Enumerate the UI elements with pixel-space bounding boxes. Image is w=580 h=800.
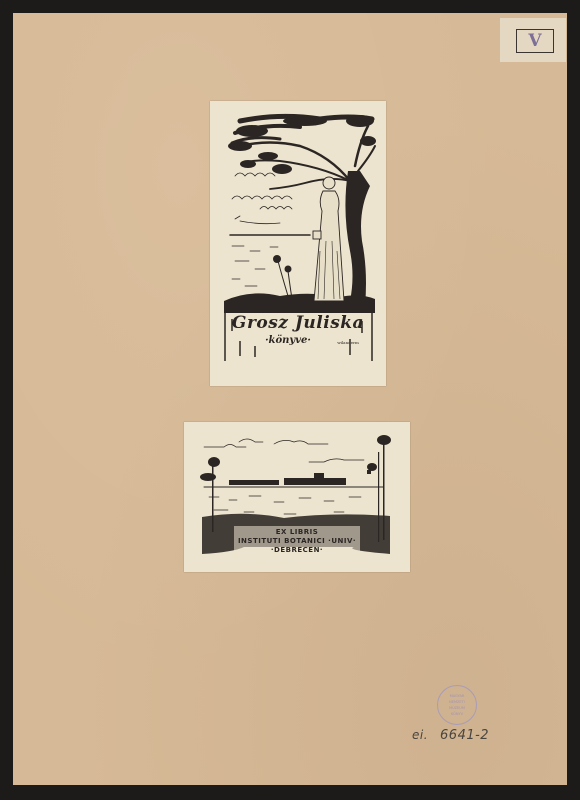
artist-signature: wilanderm bbox=[328, 340, 368, 345]
library-stamp: MAGYAR NEMZETI MÚZEUM KÖNYV bbox=[437, 685, 477, 725]
inventory-number: ei.6641-2 bbox=[412, 728, 489, 743]
shelf-mark-label: V bbox=[500, 18, 566, 62]
city-line: ·DEBRECEN· bbox=[234, 546, 360, 555]
inventory-prefix: ei. bbox=[412, 728, 428, 742]
inventory-value: 6641-2 bbox=[440, 728, 489, 743]
institution-line: INSTITUTI BOTANICI ·UNIV· bbox=[234, 537, 360, 546]
owner-subtitle: ·könyve· bbox=[258, 335, 318, 346]
bookplate-instituti-botanici: EX LIBRIS INSTITUTI BOTANICI ·UNIV· ·DEB… bbox=[184, 422, 410, 572]
ex-libris-line: EX LIBRIS bbox=[234, 528, 360, 537]
owner-name: Grosz Juliska bbox=[228, 313, 368, 333]
bookplate-grosz-juliska: Grosz Juliska ·könyve· wilanderm bbox=[210, 101, 386, 386]
shelf-mark-frame: V bbox=[516, 29, 554, 53]
stamp-line: KÖNYV bbox=[438, 711, 476, 717]
shelf-mark-text: V bbox=[517, 30, 553, 52]
